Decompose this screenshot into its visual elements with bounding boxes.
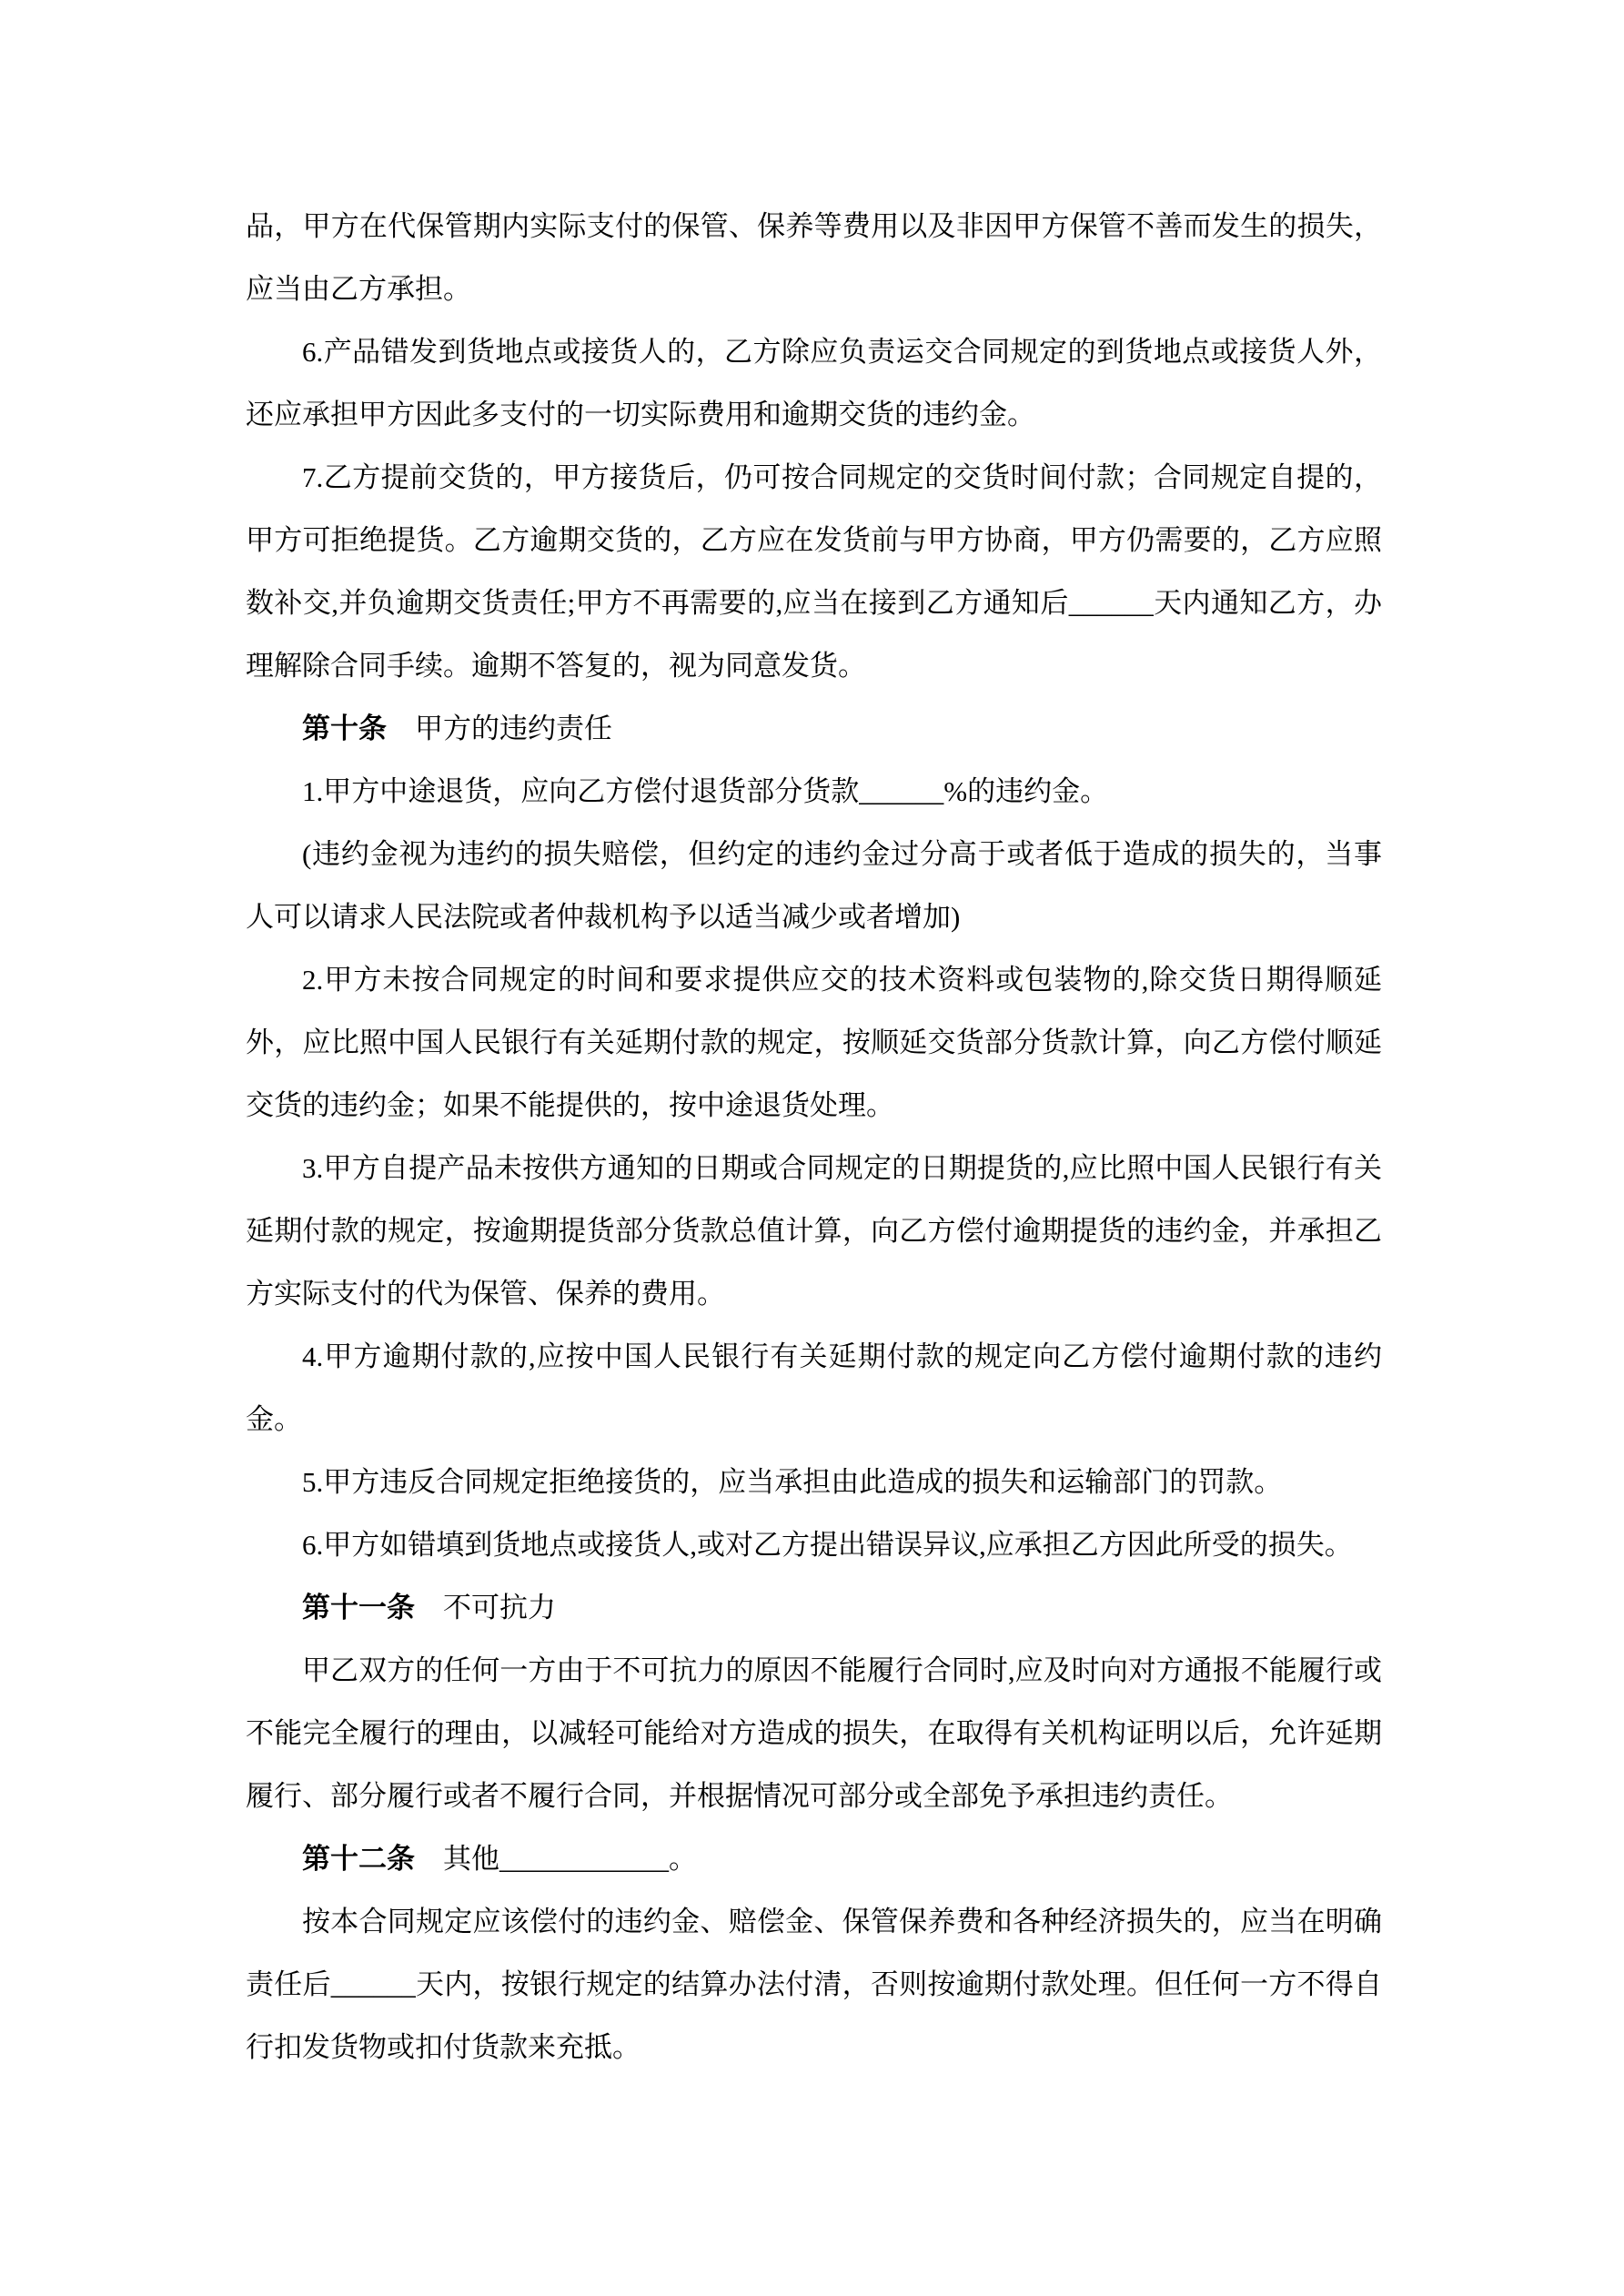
clause-10-title: 甲方的违约责任 xyxy=(387,713,612,744)
paragraph-clause-10-item-5: 5.甲方违反合同规定拒绝接货的，应当承担由此造成的损失和运输部门的罚款。 xyxy=(246,1451,1382,1513)
document-body: 品，甲方在代保管期内实际支付的保管、保养等费用以及非因甲方保管不善而发生的损失，… xyxy=(246,195,1382,2079)
paragraph-clause-10-note: (违约金视为违约的损失赔偿，但约定的违约金过分高于或者低于造成的损失的，当事人可… xyxy=(246,823,1382,948)
clause-12-number: 第十二条 xyxy=(302,1843,415,1875)
paragraph-clause-10-item-3: 3.甲方自提产品未按供方通知的日期或合同规定的日期提货的,应比照中国人民银行有关… xyxy=(246,1137,1382,1325)
paragraph-clause-10-item-2: 2.甲方未按合同规定的时间和要求提供应交的技术资料或包装物的,除交货日期得顺延外… xyxy=(246,948,1382,1137)
paragraph-clause-12-body: 按本合同规定应该偿付的违约金、赔偿金、保管保养费和各种经济损失的，应当在明确责任… xyxy=(246,1890,1382,2079)
paragraph-clause-9-item-6: 6.产品错发到货地点或接货人的，乙方除应负责运交合同规定的到货地点或接货人外，还… xyxy=(246,320,1382,446)
clause-12-title: 其他____________。 xyxy=(415,1843,697,1875)
clause-11-number: 第十一条 xyxy=(302,1592,415,1623)
clause-11-title: 不可抗力 xyxy=(415,1592,556,1623)
paragraph-continuation: 品，甲方在代保管期内实际支付的保管、保养等费用以及非因甲方保管不善而发生的损失，… xyxy=(246,195,1382,320)
paragraph-clause-9-item-7: 7.乙方提前交货的，甲方接货后，仍可按合同规定的交货时间付款；合同规定自提的，甲… xyxy=(246,446,1382,697)
clause-10-number: 第十条 xyxy=(302,713,387,744)
paragraph-clause-10-item-6: 6.甲方如错填到货地点或接货人,或对乙方提出错误异议,应承担乙方因此所受的损失。 xyxy=(246,1513,1382,1576)
contract-document-page: 品，甲方在代保管期内实际支付的保管、保养等费用以及非因甲方保管不善而发生的损失，… xyxy=(0,0,1624,2296)
clause-11-heading: 第十一条 不可抗力 xyxy=(246,1576,1382,1639)
paragraph-clause-10-item-1: 1.甲方中途退货，应向乙方偿付退货部分货款______%的违约金。 xyxy=(246,760,1382,823)
clause-10-heading: 第十条 甲方的违约责任 xyxy=(246,697,1382,760)
paragraph-clause-11-body: 甲乙双方的任何一方由于不可抗力的原因不能履行合同时,应及时向对方通报不能履行或不… xyxy=(246,1639,1382,1827)
paragraph-clause-10-item-4: 4.甲方逾期付款的,应按中国人民银行有关延期付款的规定向乙方偿付逾期付款的违约金… xyxy=(246,1325,1382,1451)
clause-12-heading: 第十二条 其他____________。 xyxy=(246,1827,1382,1890)
